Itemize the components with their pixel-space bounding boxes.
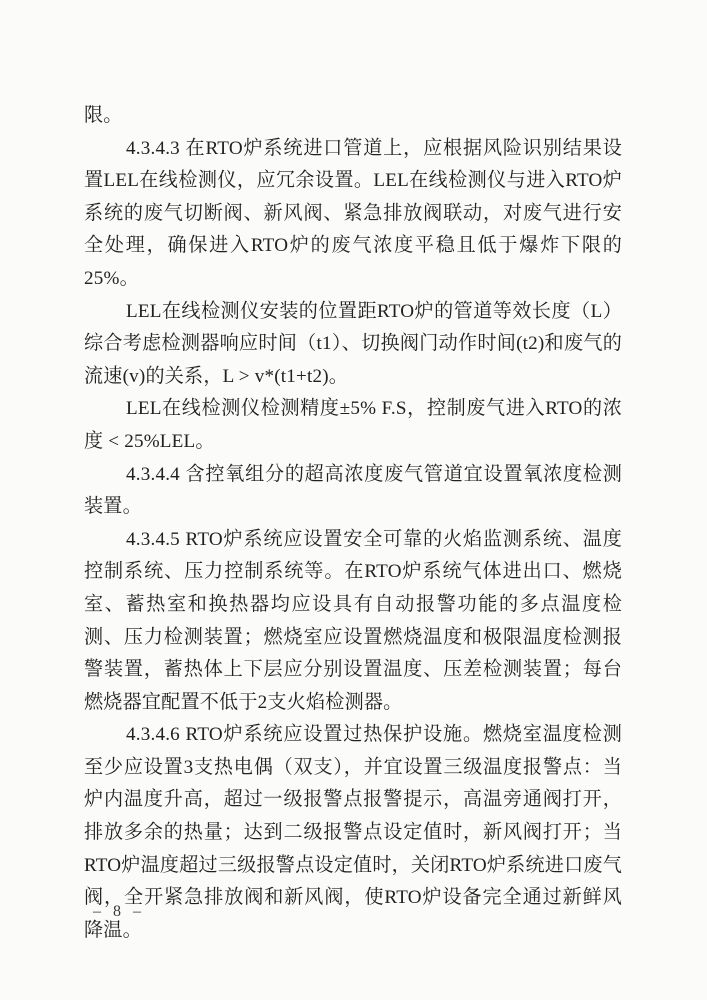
paragraph: 4.3.4.3 在RTO炉系统进口管道上，应根据风险识别结果设置LEL在线检测仪… [84, 133, 622, 296]
paragraph: 4.3.4.5 RTO炉系统应设置安全可靠的火焰监测系统、温度控制系统、压力控制… [84, 524, 622, 720]
paragraph: 4.3.4.6 RTO炉系统应设置过热保护设施。燃烧室温度检测至少应设置3支热电… [84, 719, 622, 947]
paragraph: 4.3.4.4 含控氧组分的超高浓度废气管道宜设置氧浓度检测装置。 [84, 459, 622, 524]
paragraph: 限。 [84, 100, 622, 133]
document-page: 限。4.3.4.3 在RTO炉系统进口管道上，应根据风险识别结果设置LEL在线检… [0, 0, 707, 1000]
page-number: – 8 – [93, 903, 145, 921]
document-text: 限。4.3.4.3 在RTO炉系统进口管道上，应根据风险识别结果设置LEL在线检… [84, 100, 622, 947]
paragraph: LEL在线检测仪安装的位置距RTO炉的管道等效长度（L）综合考虑检测器响应时间（… [84, 296, 622, 394]
paragraph: LEL在线检测仪检测精度±5% F.S，控制废气进入RTO的浓度 < 25%LE… [84, 393, 622, 458]
